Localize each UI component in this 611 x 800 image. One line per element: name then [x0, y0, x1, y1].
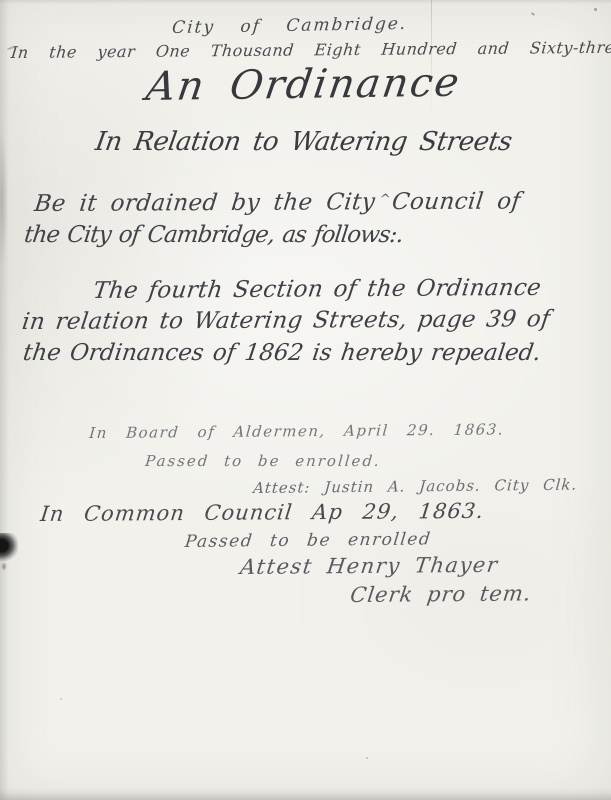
paper-speck [531, 12, 535, 16]
paper-speck [60, 698, 62, 700]
aldermen-attest-line: Attest: Justin A. Jacobs. City Clk. [253, 476, 578, 497]
bottom-edge-shading [0, 788, 611, 800]
enactment-line-1-after: Council of [390, 188, 521, 215]
council-attest-line: Attest Henry Thayer [239, 553, 500, 579]
body-line-1: The fourth Section of the Ordinance [92, 275, 543, 304]
council-record-line: In Common Council Ap 29, 1863. [39, 499, 485, 526]
place-line: City of Cambridge. [171, 14, 408, 38]
paper-speck [594, 8, 597, 11]
body-line-3: the Ordinances of 1862 is hereby repeale… [21, 340, 542, 366]
body-line-2: in relation to Watering Streets, page 39… [20, 306, 551, 335]
insertion-mark: ^ [379, 192, 392, 207]
ordinance-subtitle: In Relation to Watering Streets [93, 127, 514, 157]
aldermen-passed-line: Passed to be enrolled. [144, 452, 381, 470]
ordinance-title: An Ordinance [143, 60, 463, 110]
enactment-line-1-before: Be it ordained by the City [33, 189, 377, 217]
document-page: City of Cambridge. In the year One Thous… [0, 0, 611, 800]
left-edge-shading [0, 0, 9, 800]
ink-blot [0, 533, 18, 561]
top-edge-shading [0, 0, 611, 4]
ink-speck [1, 562, 7, 571]
enactment-line-1: Be it ordained by the City^Council of [33, 188, 522, 217]
aldermen-record-line: In Board of Aldermen, April 29. 1863. [89, 420, 505, 442]
clerk-pro-tem-line: Clerk pro tem. [349, 581, 533, 607]
enactment-line-2: the City of Cambridge, as follows:. [23, 222, 405, 248]
paper-speck [366, 757, 368, 759]
council-passed-line: Passed to be enrolled [184, 529, 433, 552]
year-line: In the year One Thousand Eight Hundred a… [10, 38, 611, 62]
left-edge-smudge [0, 130, 8, 270]
